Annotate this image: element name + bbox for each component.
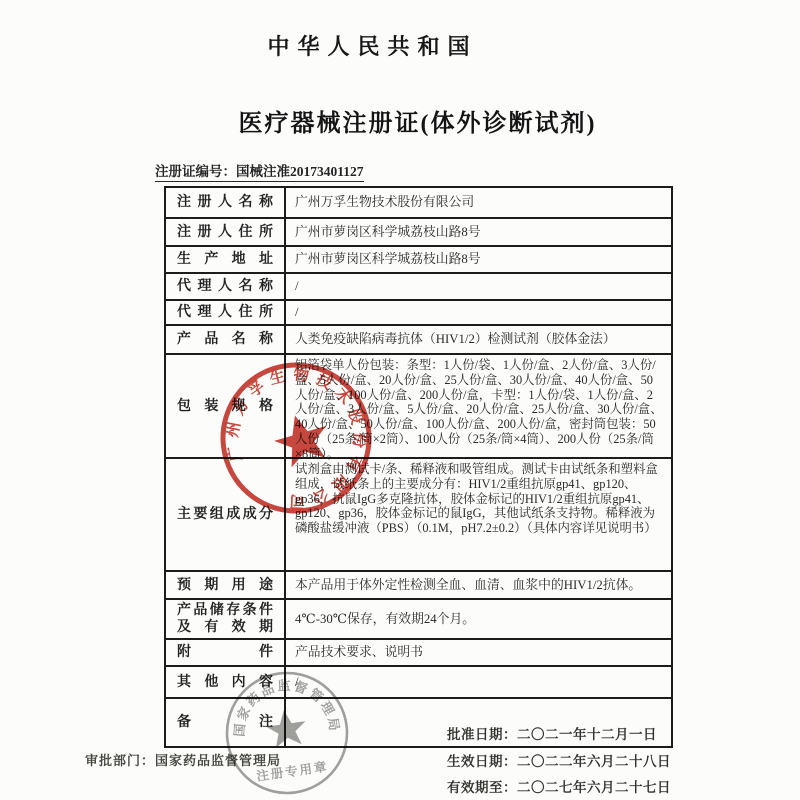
certificate-table: 注册人名称 广州万孚生物技术股份有限公司 注册人住所 广州市萝岗区科学城荔枝山路… (164, 186, 673, 748)
row-label: 产品名称 (166, 326, 286, 353)
row-value: 广州市萝岗区科学城荔枝山路8号 (286, 219, 671, 245)
row-value: 人类免疫缺陷病毒抗体（HIV1/2）检测试剂（胶体金法） (286, 326, 671, 353)
approve-date-line: 批准日期：二〇二一年十二月一日 (447, 722, 671, 749)
row-value: 本产品用于体外定性检测全血、血清、血浆中的HIV1/2抗体。 (286, 572, 671, 598)
row-value: 铝箔袋单人份包装：条型：1人份/袋、1人份/盒、2人份/盒、3人份/盒、5人份/… (286, 355, 671, 457)
date-block: 批准日期：二〇二一年十二月一日 生效日期：二〇二二年六月二十八日 有效期至：二〇… (447, 722, 671, 800)
row-value: / (286, 667, 671, 697)
table-row: 注册人名称 广州万孚生物技术股份有限公司 (166, 188, 671, 217)
table-row: 注册人住所 广州市萝岗区科学城荔枝山路8号 (166, 217, 671, 245)
table-row: 产品储存条件及有效期 4℃-30℃保存，有效期24个月。 (166, 598, 671, 638)
row-value: / (286, 301, 671, 324)
row-label: 预期用途 (166, 572, 286, 598)
table-row: 预期用途 本产品用于体外定性检测全血、血清、血浆中的HIV1/2抗体。 (166, 570, 671, 598)
row-label: 注册人名称 (166, 188, 286, 217)
table-row: 包装规格 铝箔袋单人份包装：条型：1人份/袋、1人份/盒、2人份/盒、3人份/盒… (166, 353, 671, 457)
row-value: 广州市萝岗区科学城荔枝山路8号 (286, 247, 671, 272)
certificate-page: 中华人民共和国 医疗器械注册证(体外诊断试剂) 注册证编号：国械注准201734… (0, 0, 800, 800)
row-label: 注册人住所 (166, 219, 286, 245)
row-value: / (286, 274, 671, 299)
approval-department-value: 国家药品监督管理局 (155, 753, 281, 768)
row-label: 包装规格 (166, 355, 286, 457)
table-row: 主要组成成分 试剂盒由测试卡/条、稀释液和吸管组成。测试卡由试纸条和塑料盒组成，… (166, 457, 671, 570)
row-label: 产品储存条件及有效期 (166, 600, 286, 638)
row-value: 产品技术要求、说明书 (286, 640, 671, 665)
registration-number-value: 国械注准20173401127 (236, 164, 364, 179)
row-label: 生产地址 (166, 247, 286, 272)
table-row: 其他内容 / (166, 665, 671, 697)
row-value: 试剂盒由测试卡/条、稀释液和吸管组成。测试卡由试纸条和塑料盒组成，试纸条上的主要… (286, 459, 671, 570)
approval-department-line: 审批部门：国家药品监督管理局 (85, 750, 281, 769)
row-value: 4℃-30℃保存，有效期24个月。 (286, 600, 671, 638)
row-label: 附件 (166, 640, 286, 665)
row-label: 代理人住所 (166, 301, 286, 324)
table-row: 代理人名称 / (166, 272, 671, 299)
registration-number-line: 注册证编号：国械注准20173401127 (155, 160, 364, 182)
table-row: 产品名称 人类免疫缺陷病毒抗体（HIV1/2）检测试剂（胶体金法） (166, 324, 671, 353)
table-row: 附件 产品技术要求、说明书 (166, 638, 671, 665)
row-value: 广州万孚生物技术股份有限公司 (286, 188, 671, 217)
certificate-title: 医疗器械注册证(体外诊断试剂) (35, 103, 800, 138)
registration-number-label: 注册证编号： (155, 164, 236, 179)
country-title: 中华人民共和国 (0, 30, 745, 61)
table-row: 生产地址 广州市萝岗区科学城荔枝山路8号 (166, 245, 671, 272)
row-label: 其他内容 (166, 667, 286, 697)
table-row: 代理人住所 / (166, 299, 671, 324)
row-label: 主要组成成分 (166, 459, 286, 570)
expiry-date-line: 有效期至：二〇二七年六月二十七日 (447, 775, 671, 800)
row-label: 代理人名称 (166, 274, 286, 299)
row-label: 备注 (166, 699, 286, 746)
effective-date-line: 生效日期：二〇二二年六月二十八日 (447, 749, 671, 776)
approval-department-label: 审批部门： (85, 753, 155, 768)
